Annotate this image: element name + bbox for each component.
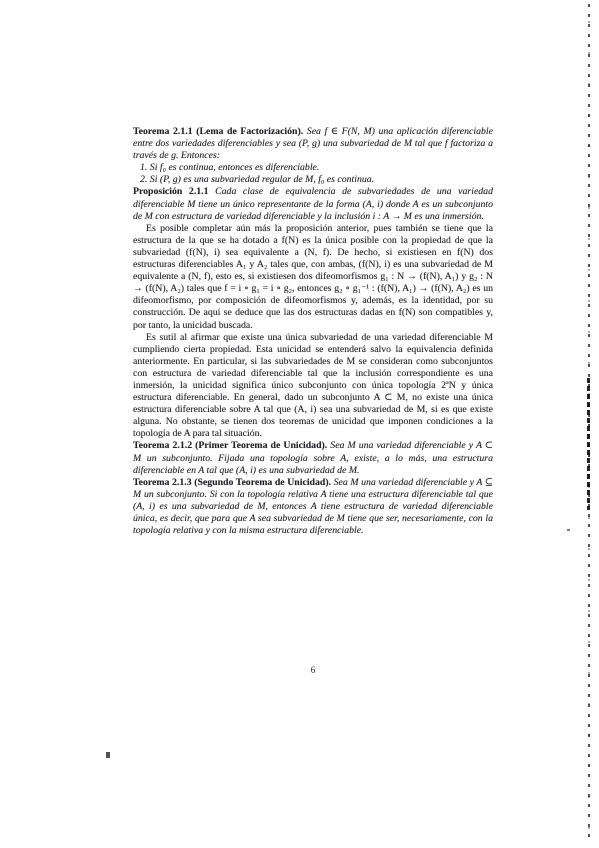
theorem-2-1-3-heading: Teorema 2.1.3 (Segundo Teorema de Unicid…	[133, 477, 331, 488]
proposition-2-1-1: Proposición 2.1.1 Cada clase de equivale…	[133, 186, 493, 222]
proposition-2-1-1-heading: Proposición 2.1.1	[133, 186, 209, 197]
theorem-2-1-1: Teorema 2.1.1 (Lema de Factorización). S…	[133, 126, 493, 162]
scan-artifact-speck-mid-right	[567, 529, 570, 531]
paragraph-uniqueness-discussion: Es sutil al afirmar que existe una única…	[133, 332, 493, 441]
text-column: Teorema 2.1.1 (Lema de Factorización). S…	[133, 126, 493, 537]
theorem-2-1-1-heading: Teorema 2.1.1 (Lema de Factorización).	[133, 126, 303, 137]
theorem-2-1-3: Teorema 2.1.3 (Segundo Teorema de Unicid…	[133, 477, 493, 537]
scan-artifact-speck-bottom-left	[106, 752, 110, 758]
scan-artifact-right-edge-dense-segment	[587, 378, 590, 510]
theorem-2-1-2: Teorema 2.1.2 (Primer Teorema de Unicida…	[133, 440, 493, 476]
paragraph-structure-uniqueness: Es posible completar aún más la proposic…	[133, 223, 493, 332]
enumerate-item-2: 2. Si (P, g) es una subvariedad regular …	[133, 174, 493, 186]
theorem-2-1-2-heading: Teorema 2.1.2 (Primer Teorema de Unicida…	[133, 440, 327, 451]
page-number: 6	[133, 666, 493, 676]
enumerate-item-1: 1. Si f₀ es continua, entonces es difere…	[133, 162, 493, 174]
scanned-page: Teorema 2.1.1 (Lema de Factorización). S…	[0, 0, 599, 848]
